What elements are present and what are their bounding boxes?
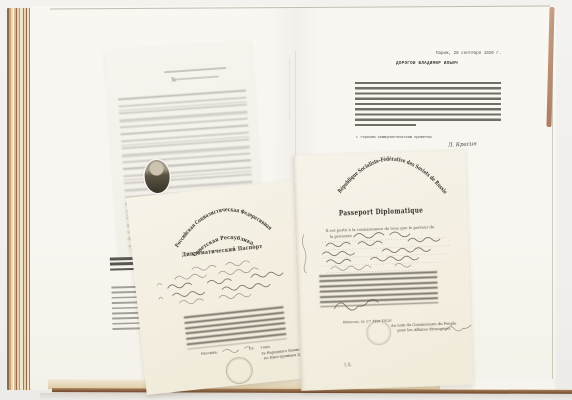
letter-body-last-line-gap xyxy=(416,124,502,129)
blurred-text-line xyxy=(177,75,219,80)
letter-closing: С горячим коммунистическим приветом xyxy=(356,136,431,140)
book-shadow xyxy=(40,393,572,400)
quire-mark: І.Х. xyxy=(344,363,352,368)
french-passport-sheet: République Socialiste-Fédérative des Sov… xyxy=(293,149,473,391)
handwriting-ink xyxy=(293,149,473,391)
document-number-mark: № xyxy=(171,76,177,83)
letter-salutation: ДОРОГОЙ ВЛАДИМИР ИЛЬИЧ xyxy=(396,62,458,66)
gutter-fold-line xyxy=(289,58,290,120)
blurred-printed-paragraph xyxy=(319,271,438,307)
typed-letter: Париж, 28 сентября 1920 г. ДОРОГОЙ ВЛАДИ… xyxy=(350,50,512,160)
date-year-word: года xyxy=(260,344,270,350)
page-right-edge xyxy=(552,10,553,384)
letter-signature: Л. Красин xyxy=(448,141,477,148)
letter-date-line: Париж, 28 сентября 1920 г. xyxy=(436,52,501,56)
book-cover-edge xyxy=(7,8,31,390)
date-year: 19 xyxy=(248,345,254,351)
blurred-text-line xyxy=(164,67,226,73)
blurred-letter-body xyxy=(355,82,501,129)
book-photograph: № Париж, 28 сентября 1920 г. ДОРОГОЙ ВЛА… xyxy=(0,0,572,400)
